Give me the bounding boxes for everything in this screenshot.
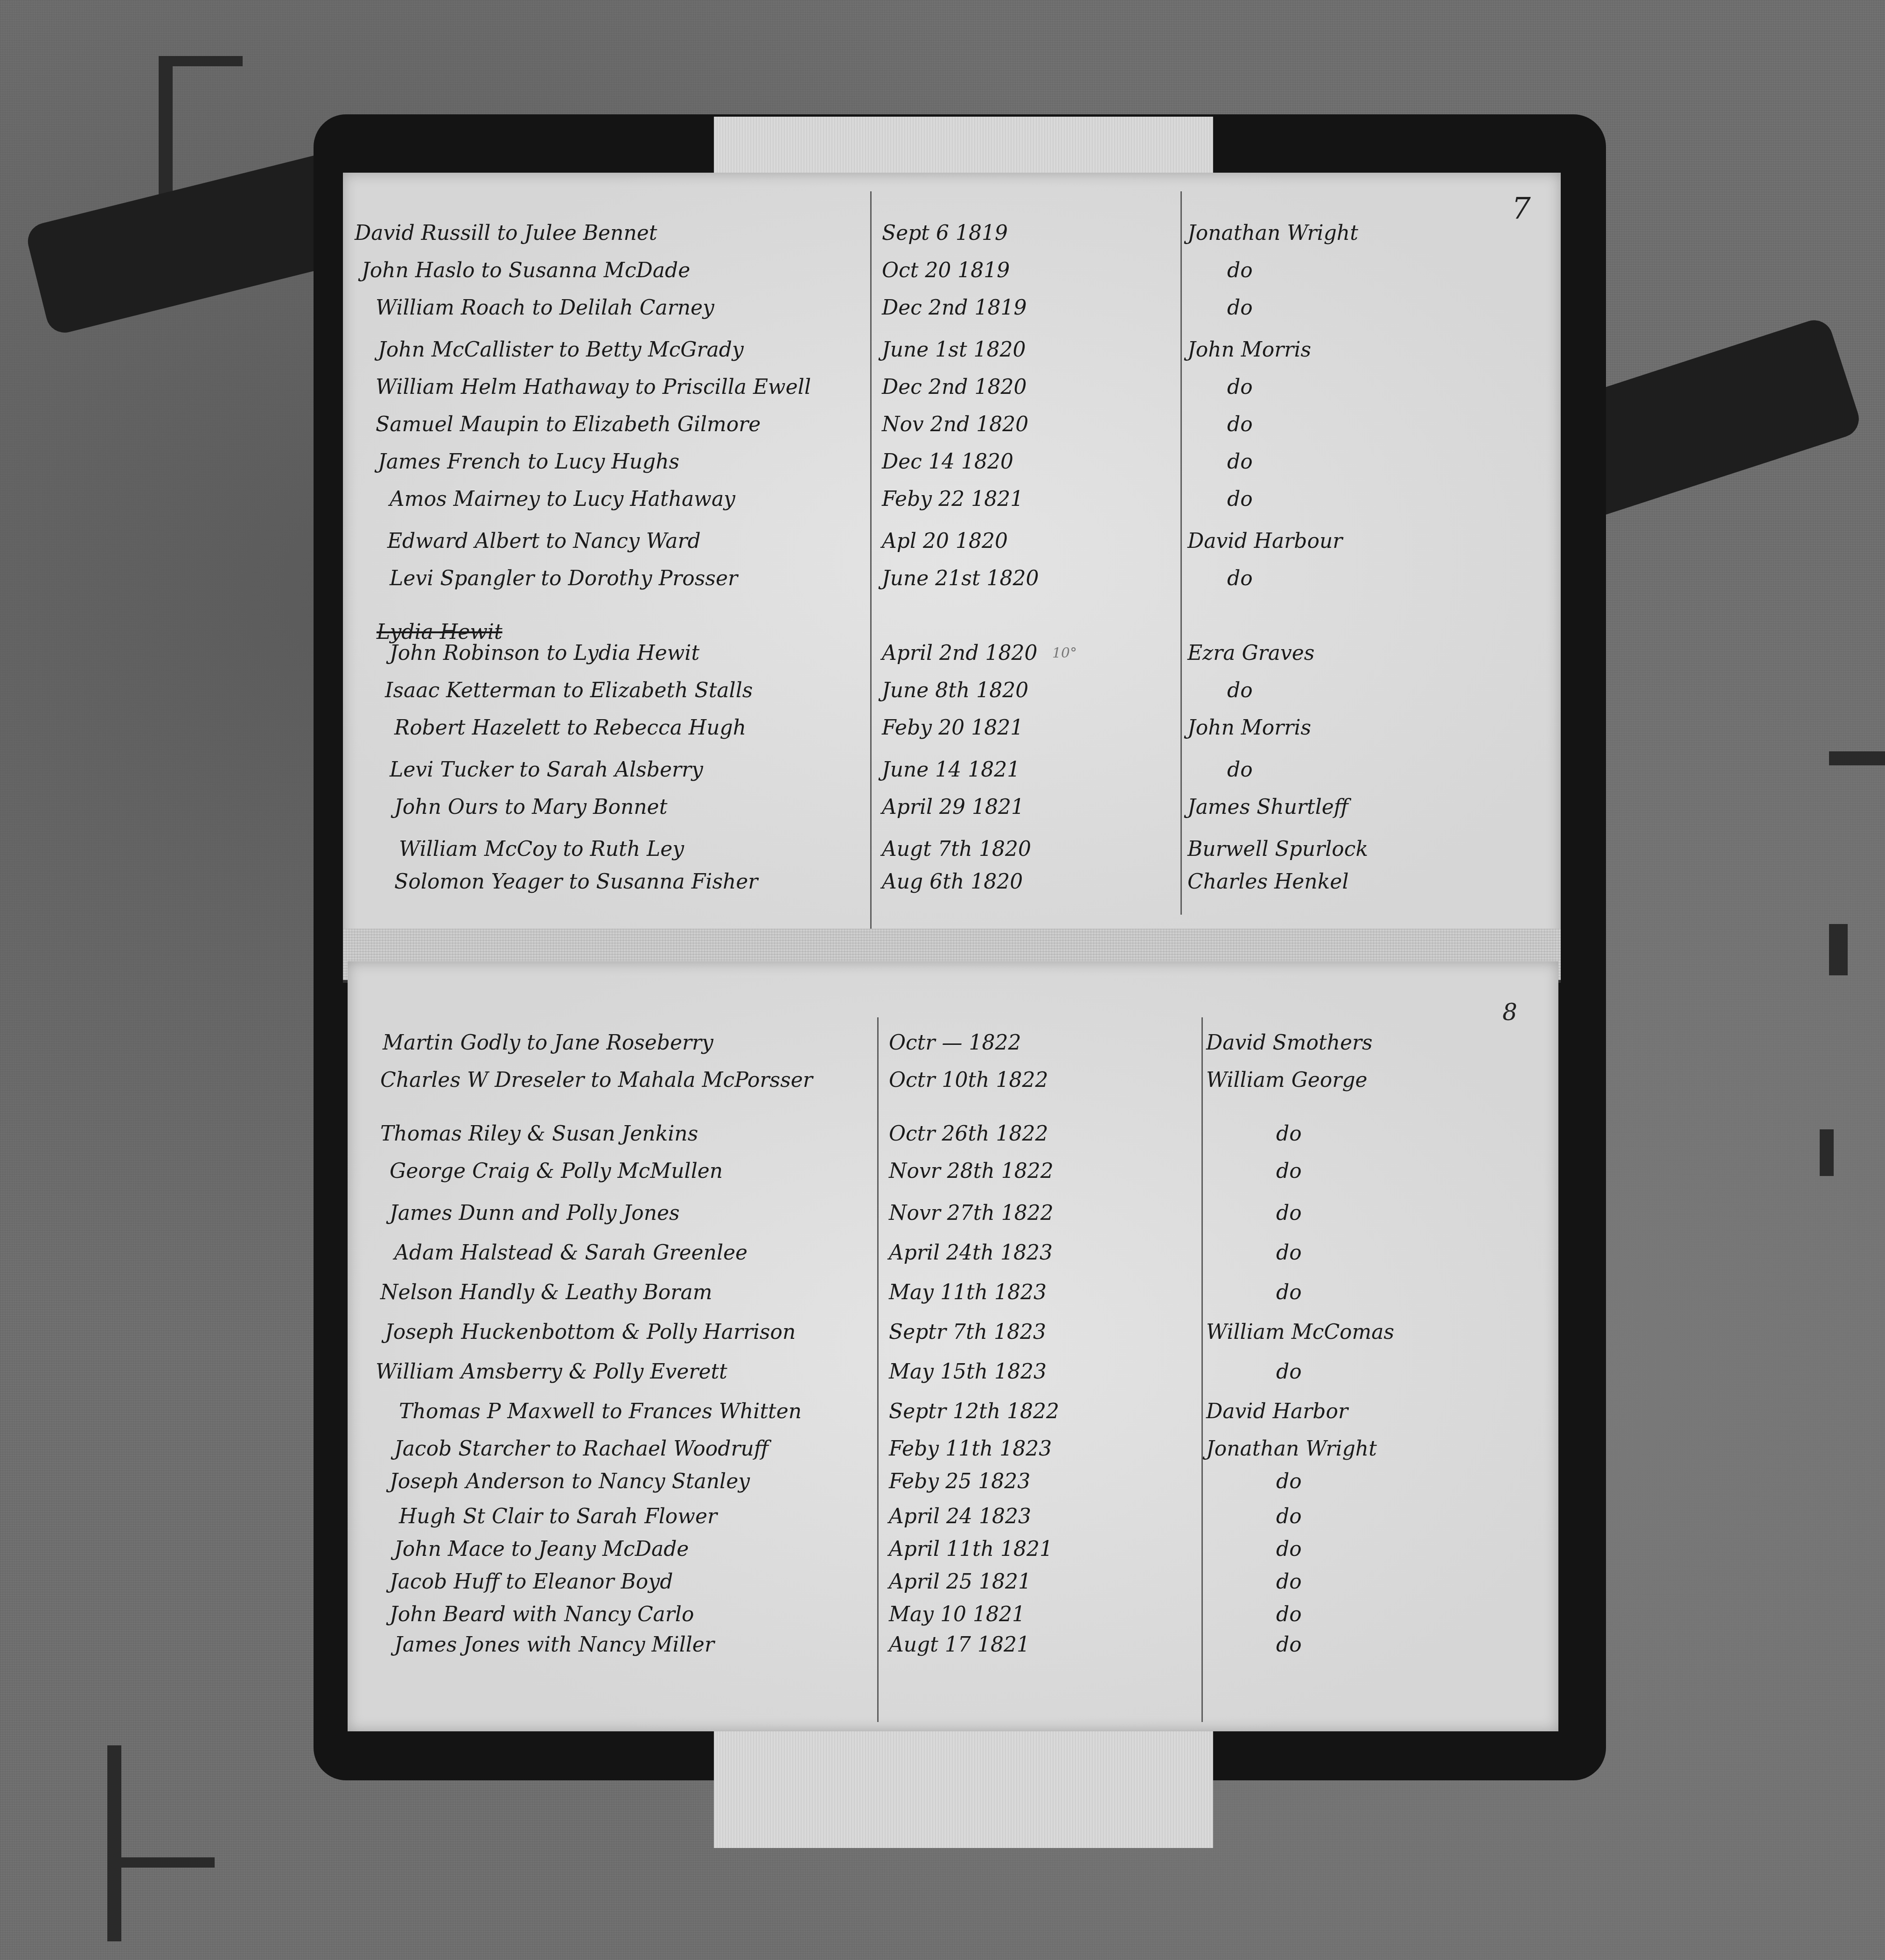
entry-officiant: David Harbor — [1206, 1393, 1348, 1430]
register-page-7: 7 10° Lydia Hewit David Russill to Julee… — [343, 173, 1561, 950]
entry-names: Martin Godly to Jane Roseberry — [383, 1024, 713, 1062]
entry-names: Joseph Anderson to Nancy Stanley — [390, 1463, 750, 1500]
entry-names: William Helm Hathaway to Priscilla Ewell — [376, 369, 811, 406]
register-entry: Levi Spangler to Dorothy ProsserJune 21s… — [343, 560, 1561, 597]
corner-mark — [107, 1745, 121, 1941]
entry-names: John Robinson to Lydia Hewit — [390, 635, 699, 672]
entry-officiant: do — [1227, 560, 1253, 597]
entry-names: Solomon Yeager to Susanna Fisher — [394, 863, 758, 901]
entry-date: April 24th 1823 — [889, 1234, 1053, 1272]
entry-names: Adam Halstead & Sarah Greenlee — [394, 1234, 747, 1272]
entry-names: Thomas P Maxwell to Frances Whitten — [399, 1393, 802, 1430]
register-entry: George Craig & Polly McMullenNovr 28th 1… — [348, 1153, 1558, 1190]
entry-officiant: do — [1227, 481, 1253, 518]
entry-date: Sept 6 1819 — [882, 215, 1008, 252]
entry-date: Feby 25 1823 — [889, 1463, 1030, 1500]
entry-officiant: do — [1227, 443, 1253, 481]
entry-names: James Jones with Nancy Miller — [394, 1626, 714, 1664]
entry-names: Jacob Huff to Eleanor Boyd — [390, 1563, 673, 1601]
register-entry: John Robinson to Lydia HewitApril 2nd 18… — [343, 635, 1561, 672]
entry-names: Nelson Handly & Leathy Boram — [380, 1274, 712, 1311]
entry-names: Hugh St Clair to Sarah Flower — [399, 1498, 717, 1535]
entry-officiant: John Morris — [1187, 709, 1311, 747]
entry-date: June 1st 1820 — [882, 331, 1026, 369]
entry-officiant: do — [1227, 252, 1253, 289]
entry-date: Novr 27th 1822 — [889, 1195, 1054, 1232]
register-entry: Thomas P Maxwell to Frances WhittenSeptr… — [348, 1393, 1558, 1430]
register-entry: Levi Tucker to Sarah AlsberryJune 14 182… — [343, 751, 1561, 789]
register-entry: William Amsberry & Polly EverettMay 15th… — [348, 1353, 1558, 1391]
register-entry: William Roach to Delilah CarneyDec 2nd 1… — [343, 289, 1561, 327]
entry-names: John Mace to Jeany McDade — [394, 1531, 689, 1568]
entry-date: Feby 22 1821 — [882, 481, 1023, 518]
entry-date: Feby 11th 1823 — [889, 1430, 1052, 1468]
entry-date: April 25 1821 — [889, 1563, 1031, 1601]
entry-names: James French to Lucy Hughs — [378, 443, 679, 481]
entry-date: June 21st 1820 — [882, 560, 1039, 597]
entry-officiant: Jonathan Wright — [1187, 215, 1358, 252]
corner-mark — [107, 1857, 215, 1868]
entry-names: Levi Spangler to Dorothy Prosser — [390, 560, 738, 597]
register-entry: Jacob Starcher to Rachael WoodruffFeby 1… — [348, 1430, 1558, 1468]
entry-officiant: David Harbour — [1187, 523, 1342, 560]
entry-date: May 11th 1823 — [889, 1274, 1047, 1311]
entry-officiant: do — [1276, 1274, 1302, 1311]
entry-date: Octr — 1822 — [889, 1024, 1021, 1062]
entry-date: Octr 26th 1822 — [889, 1115, 1048, 1153]
register-entry: Jacob Huff to Eleanor BoydApril 25 1821d… — [348, 1563, 1558, 1601]
entry-date: Oct 20 1819 — [882, 252, 1010, 289]
register-entry: Solomon Yeager to Susanna FisherAug 6th … — [343, 863, 1561, 901]
entry-date: Nov 2nd 1820 — [882, 406, 1028, 443]
page-number: 8 — [1502, 999, 1517, 1026]
edge-mark — [1820, 1129, 1834, 1176]
entry-names: Robert Hazelett to Rebecca Hugh — [394, 709, 746, 747]
entry-officiant: do — [1276, 1531, 1302, 1568]
register-entry: Adam Halstead & Sarah GreenleeApril 24th… — [348, 1234, 1558, 1272]
entry-officiant: do — [1276, 1498, 1302, 1535]
entry-officiant: Ezra Graves — [1187, 635, 1314, 672]
entry-names: William McCoy to Ruth Ley — [399, 831, 684, 868]
register-page-8: 8 Martin Godly to Jane RoseberryOctr — 1… — [348, 961, 1558, 1731]
entry-date: Septr 7th 1823 — [889, 1314, 1046, 1351]
entry-names: Charles W Dreseler to Mahala McPorsser — [380, 1062, 813, 1099]
register-entry: Amos Mairney to Lucy HathawayFeby 22 182… — [343, 481, 1561, 518]
entry-officiant: do — [1276, 1234, 1302, 1272]
entry-date: Augt 17 1821 — [889, 1626, 1030, 1664]
entry-names: Levi Tucker to Sarah Alsberry — [390, 751, 703, 789]
entry-officiant: do — [1276, 1626, 1302, 1664]
register-entry: James Dunn and Polly JonesNovr 27th 1822… — [348, 1195, 1558, 1232]
entry-names: Samuel Maupin to Elizabeth Gilmore — [376, 406, 761, 443]
entry-date: Dec 2nd 1820 — [882, 369, 1026, 406]
entry-names: Isaac Ketterman to Elizabeth Stalls — [385, 672, 753, 709]
register-entry: Martin Godly to Jane RoseberryOctr — 182… — [348, 1024, 1558, 1062]
entry-date: May 15th 1823 — [889, 1353, 1047, 1391]
entry-officiant: William George — [1206, 1062, 1368, 1099]
register-entry: John McCallister to Betty McGradyJune 1s… — [343, 331, 1561, 369]
register-entry: John Haslo to Susanna McDadeOct 20 1819d… — [343, 252, 1561, 289]
entry-officiant: John Morris — [1187, 331, 1311, 369]
entry-officiant: Jonathan Wright — [1206, 1430, 1377, 1468]
edge-mark — [1829, 924, 1848, 975]
entry-names: Amos Mairney to Lucy Hathaway — [390, 481, 735, 518]
register-entry: Charles W Dreseler to Mahala McPorsserOc… — [348, 1062, 1558, 1099]
entry-officiant: David Smothers — [1206, 1024, 1373, 1062]
entry-names: John Ours to Mary Bonnet — [394, 789, 667, 826]
entry-officiant: do — [1227, 751, 1253, 789]
entry-date: Octr 10th 1822 — [889, 1062, 1048, 1099]
entry-names: James Dunn and Polly Jones — [390, 1195, 680, 1232]
entry-date: June 14 1821 — [882, 751, 1020, 789]
register-entry: David Russill to Julee BennetSept 6 1819… — [343, 215, 1561, 252]
bottom-tab — [714, 1727, 1213, 1848]
register-entry: Edward Albert to Nancy WardApl 20 1820Da… — [343, 523, 1561, 560]
entry-names: John McCallister to Betty McGrady — [378, 331, 744, 369]
register-entry: William McCoy to Ruth LeyAugt 7th 1820Bu… — [343, 831, 1561, 868]
entry-date: April 24 1823 — [889, 1498, 1031, 1535]
entry-officiant: William McComas — [1206, 1314, 1394, 1351]
entry-date: April 29 1821 — [882, 789, 1024, 826]
entry-officiant: James Shurtleff — [1187, 789, 1348, 826]
entry-officiant: do — [1276, 1563, 1302, 1601]
entry-names: George Craig & Polly McMullen — [390, 1153, 723, 1190]
register-entry: Thomas Riley & Susan JenkinsOctr 26th 18… — [348, 1115, 1558, 1153]
register-entry: Isaac Ketterman to Elizabeth StallsJune … — [343, 672, 1561, 709]
register-entry: Robert Hazelett to Rebecca HughFeby 20 1… — [343, 709, 1561, 747]
entry-date: Augt 7th 1820 — [882, 831, 1031, 868]
entry-officiant: do — [1227, 672, 1253, 709]
entry-date: Dec 2nd 1819 — [882, 289, 1026, 327]
entry-officiant: do — [1276, 1195, 1302, 1232]
register-entry: John Ours to Mary BonnetApril 29 1821Jam… — [343, 789, 1561, 826]
entry-date: Septr 12th 1822 — [889, 1393, 1059, 1430]
register-entry: Samuel Maupin to Elizabeth GilmoreNov 2n… — [343, 406, 1561, 443]
register-entry: Joseph Anderson to Nancy StanleyFeby 25 … — [348, 1463, 1558, 1500]
entry-names: William Roach to Delilah Carney — [376, 289, 714, 327]
register-entry: John Mace to Jeany McDadeApril 11th 1821… — [348, 1531, 1558, 1568]
entry-officiant: do — [1227, 289, 1253, 327]
entry-date: Feby 20 1821 — [882, 709, 1023, 747]
entry-names: William Amsberry & Polly Everett — [376, 1353, 727, 1391]
register-entry: William Helm Hathaway to Priscilla Ewell… — [343, 369, 1561, 406]
register-entry: Joseph Huckenbottom & Polly HarrisonSept… — [348, 1314, 1558, 1351]
entry-names: David Russill to Julee Bennet — [355, 215, 657, 252]
entry-date: Aug 6th 1820 — [882, 863, 1023, 901]
corner-mark — [159, 56, 243, 66]
entry-date: Dec 14 1820 — [882, 443, 1013, 481]
entry-date: Apl 20 1820 — [882, 523, 1008, 560]
register-entry: James French to Lucy HughsDec 14 1820do — [343, 443, 1561, 481]
entry-names: John Haslo to Susanna McDade — [362, 252, 690, 289]
entry-names: Thomas Riley & Susan Jenkins — [380, 1115, 698, 1153]
entry-names: Jacob Starcher to Rachael Woodruff — [394, 1430, 768, 1468]
entry-officiant: do — [1276, 1463, 1302, 1500]
edge-mark — [1829, 751, 1885, 765]
entry-officiant: do — [1227, 406, 1253, 443]
entry-officiant: do — [1276, 1115, 1302, 1153]
entry-names: Joseph Huckenbottom & Polly Harrison — [385, 1314, 796, 1351]
entry-officiant: do — [1227, 369, 1253, 406]
register-entry: Nelson Handly & Leathy BoramMay 11th 182… — [348, 1274, 1558, 1311]
top-tab — [714, 117, 1213, 177]
entry-date: Novr 28th 1822 — [889, 1153, 1054, 1190]
entry-officiant: do — [1276, 1353, 1302, 1391]
entry-date: June 8th 1820 — [882, 672, 1028, 709]
entry-officiant: do — [1276, 1153, 1302, 1190]
entry-officiant: Charles Henkel — [1187, 863, 1348, 901]
entry-names: Edward Albert to Nancy Ward — [387, 523, 701, 560]
entry-officiant: Burwell Spurlock — [1187, 831, 1368, 868]
entry-date: April 2nd 1820 — [882, 635, 1038, 672]
register-entry: Hugh St Clair to Sarah FlowerApril 24 18… — [348, 1498, 1558, 1535]
register-entry: James Jones with Nancy MillerAugt 17 182… — [348, 1626, 1558, 1664]
entry-date: April 11th 1821 — [889, 1531, 1053, 1568]
